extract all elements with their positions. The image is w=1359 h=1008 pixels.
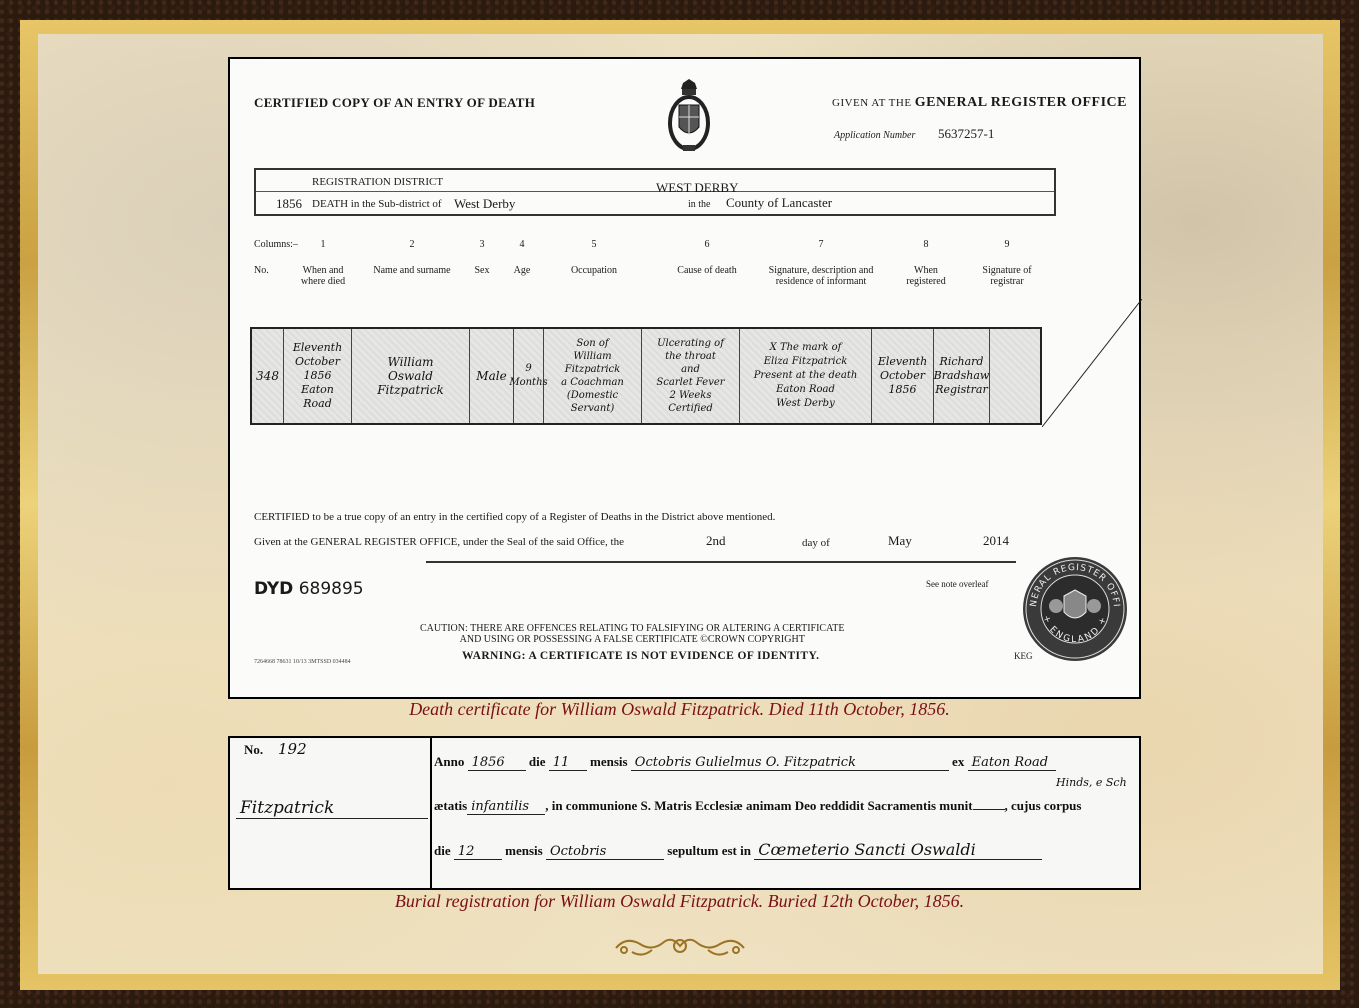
column-number: 5 <box>592 239 597 250</box>
entry-sex: Male <box>470 329 514 423</box>
print-code: 7264668 78631 10/13 3MTSSD 034484 <box>254 659 351 665</box>
entry-age: 9 Months <box>514 329 544 423</box>
column-number: 6 <box>705 239 710 250</box>
in-the-label: in the <box>688 199 711 210</box>
death-certificate-caption: Death certificate for William Oswald Fit… <box>0 699 1359 720</box>
entry-registrar: Richard Bradshaw Registrar <box>934 329 990 423</box>
warning-text: WARNING: A CERTIFICATE IS NOT EVIDENCE O… <box>462 650 819 662</box>
burial-no-value: 192 <box>278 740 307 758</box>
column-number: 9 <box>1005 239 1010 250</box>
county: County of Lancaster <box>726 195 832 211</box>
flourish-ornament-icon <box>612 932 748 960</box>
column-header: When and where died <box>301 265 345 287</box>
entry-occupation: Son of William Fitzpatrick a Coachman (D… <box>544 329 642 423</box>
burial-row-2: ætatisinfantilis, in communione S. Matri… <box>434 798 1081 815</box>
column-header: When registered <box>906 265 945 287</box>
registration-year: 1856 <box>276 196 302 212</box>
burial-no-label: No. <box>244 742 263 758</box>
certificate-day: 2nd <box>706 533 726 549</box>
burial-surname: Fitzpatrick <box>240 798 334 818</box>
columns-label: Columns:– <box>254 239 298 250</box>
certificate-year: 2014 <box>983 533 1009 549</box>
column-number: 7 <box>819 239 824 250</box>
entry-informant: X The mark of Eliza Fitzpatrick Present … <box>740 329 872 423</box>
keg-initials: KEG <box>1014 651 1033 661</box>
death-certificate: CERTIFIED COPY OF AN ENTRY OF DEATH GIVE… <box>228 57 1141 699</box>
column-header: Name and surname <box>373 265 450 276</box>
column-header: Age <box>514 265 531 276</box>
burial-record: No. 192 Fitzpatrick Anno 1856 die 11 men… <box>228 736 1141 890</box>
see-note-overleaf: See note overleaf <box>926 579 988 589</box>
burial-ex-note: Hinds, e Sch <box>1056 776 1127 789</box>
column-header: Cause of death <box>677 265 736 276</box>
caution-text: CAUTION: THERE ARE OFFENCES RELATING TO … <box>420 623 844 645</box>
royal-crest-icon <box>667 79 711 153</box>
column-header: Sex <box>475 265 490 276</box>
burial-left-panel: No. 192 Fitzpatrick <box>230 738 432 888</box>
registration-district-label: REGISTRATION DISTRICT <box>312 176 443 188</box>
entry-cause: Ulcerating of the throat and Scarlet Fev… <box>642 329 740 423</box>
certificate-month: May <box>888 533 912 549</box>
column-header: Signature, description and residence of … <box>769 265 874 287</box>
entry-registered: Eleventh October 1856 <box>872 329 934 423</box>
subdistrict-label: DEATH in the Sub-district of <box>312 198 442 210</box>
given-at-statement: Given at the GENERAL REGISTER OFFICE, un… <box>254 536 624 548</box>
entry-no: 348 <box>252 329 284 423</box>
entry-when-where: Eleventh October 1856 Eaton Road <box>284 329 352 423</box>
application-number-label: Application Number <box>834 130 915 141</box>
certificate-title: CERTIFIED COPY OF AN ENTRY OF DEATH <box>254 95 535 111</box>
handwritten-entry-row: 348 Eleventh October 1856 Eaton Road Wil… <box>250 327 1042 425</box>
signature-line <box>426 561 1016 563</box>
registration-district: WEST DERBY <box>656 180 738 196</box>
diagonal-strike-line <box>1042 299 1142 427</box>
day-of-label: day of <box>802 537 830 549</box>
entry-name: William Oswald Fitzpatrick <box>352 329 470 423</box>
column-number: 3 <box>480 239 485 250</box>
entry-blank <box>990 329 1040 423</box>
no-column-header: No. <box>254 265 269 276</box>
application-number: 5637257-1 <box>938 126 994 142</box>
burial-row-1: Anno 1856 die 11 mensis Octobris Gulielm… <box>434 754 1056 771</box>
serial-number: DYD 689895 <box>254 579 364 599</box>
district-box: REGISTRATION DISTRICT WEST DERBY 1856 DE… <box>254 168 1056 216</box>
column-number: 4 <box>520 239 525 250</box>
column-header: Signature of registrar <box>982 265 1031 287</box>
given-at-header: GIVEN AT THE GENERAL REGISTER OFFICE <box>832 94 1127 111</box>
certified-statement: CERTIFIED to be a true copy of an entry … <box>254 511 775 523</box>
column-number: 8 <box>924 239 929 250</box>
burial-row-3: die 12 mensis Octobris sepultum est in C… <box>434 840 1042 860</box>
column-number: 1 <box>321 239 326 250</box>
burial-caption: Burial registration for William Oswald F… <box>0 891 1359 912</box>
column-header: Occupation <box>571 265 617 276</box>
general-register-office-seal-icon: GENERAL REGISTER OFFICE + ENGLAND + <box>1022 556 1128 662</box>
column-number: 2 <box>410 239 415 250</box>
subdistrict: West Derby <box>454 196 515 212</box>
